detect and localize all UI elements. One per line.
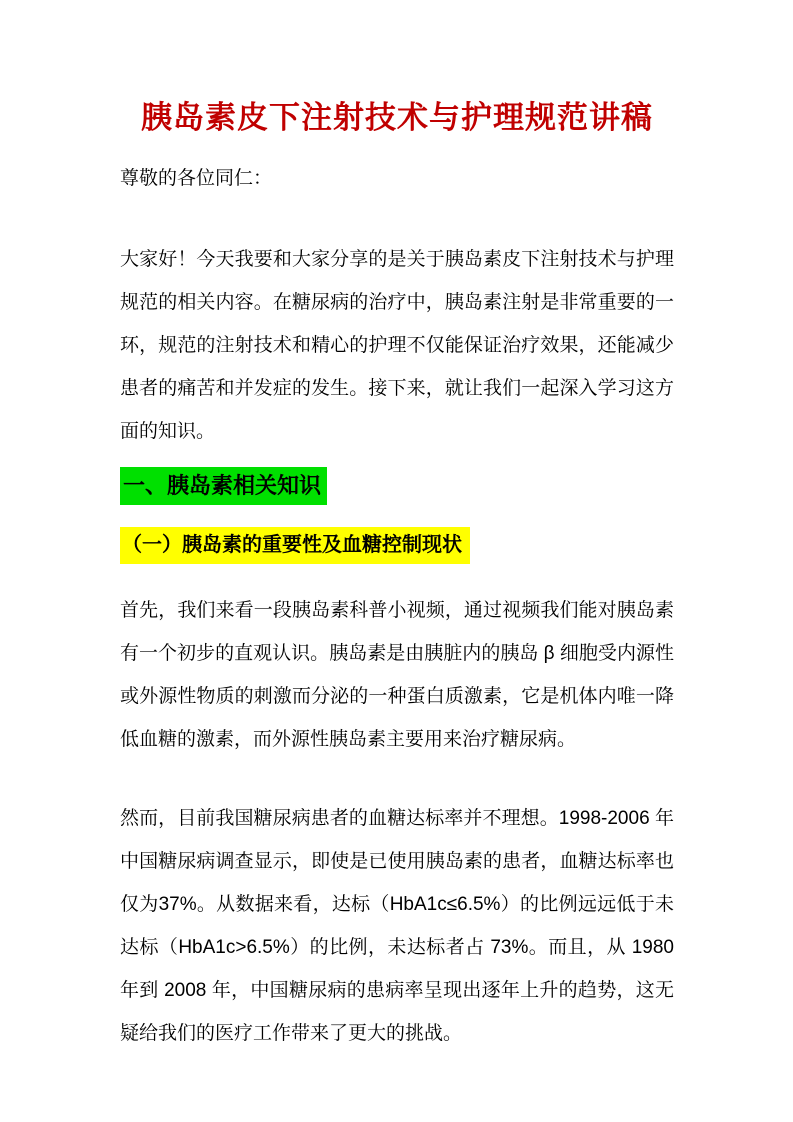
salutation-line: 尊敬的各位同仁： xyxy=(120,164,674,194)
subsection-heading-row: （一）胰岛素的重要性及血糖控制现状 xyxy=(120,527,674,564)
subsection-heading-yellow-highlight: （一）胰岛素的重要性及血糖控制现状 xyxy=(120,527,470,564)
intro-paragraph: 大家好！今天我要和大家分享的是关于胰岛素皮下注射技术与护理规范的相关内容。在糖尿… xyxy=(120,238,674,453)
document-title: 胰岛素皮下注射技术与护理规范讲稿 xyxy=(120,98,674,138)
document-page: 胰岛素皮下注射技术与护理规范讲稿 尊敬的各位同仁： 大家好！今天我要和大家分享的… xyxy=(0,0,793,1122)
section-heading-row: 一、胰岛素相关知识 xyxy=(120,467,674,505)
body-paragraph-blood-glucose-status: 然而，目前我国糖尿病患者的血糖达标率并不理想。1998-2006 年中国糖尿病调… xyxy=(120,797,674,1055)
body-paragraph-insulin-intro: 首先，我们来看一段胰岛素科普小视频，通过视频我们能对胰岛素有一个初步的直观认识。… xyxy=(120,589,674,761)
section-heading-green-highlight: 一、胰岛素相关知识 xyxy=(120,467,327,505)
